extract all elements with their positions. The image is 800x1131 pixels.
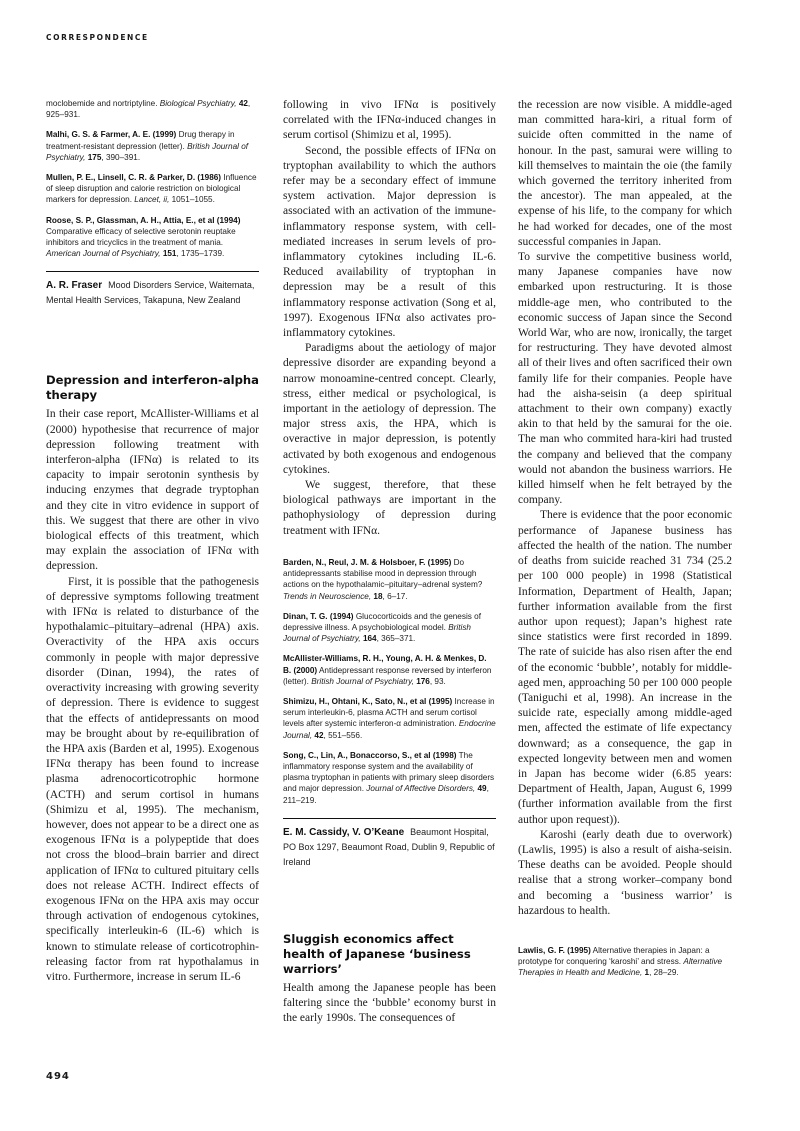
page-number: 494 — [46, 1071, 70, 1082]
body-paragraph: In their case report, McAllister-William… — [46, 407, 259, 574]
author-name: E. M. Cassidy, V. O’Keane — [283, 827, 404, 838]
reference-item: Dinan, T. G. (1994) Glucocorticoids and … — [283, 611, 496, 645]
reference-item: Mullen, P. E., Linsell, C. R. & Parker, … — [46, 172, 259, 206]
article-heading: Depression and interferon-alpha therapy — [46, 373, 259, 403]
article-heading: Sluggish economics affect health of Japa… — [283, 932, 496, 977]
body-paragraph: We suggest, therefore, that these biolog… — [283, 478, 496, 539]
body-paragraph: following in vivo IFNα is positively cor… — [283, 98, 496, 144]
body-paragraph: First, it is possible that the pathogene… — [46, 575, 259, 985]
author-signature: E. M. Cassidy, V. O’KeaneBeaumont Hospit… — [283, 818, 496, 870]
column-1: moclobemide and nortriptyline. Biologica… — [46, 98, 259, 985]
body-paragraph: Second, the possible effects of IFNα on … — [283, 144, 496, 342]
reference-item: Lawlis, G. F. (1995) Alternative therapi… — [518, 945, 732, 979]
reference-item: Shimizu, H., Ohtani, K., Sato, N., et al… — [283, 696, 496, 741]
body-paragraph: There is evidence that the poor economic… — [518, 508, 732, 827]
reference-item: Song, C., Lin, A., Bonaccorso, S., et al… — [283, 750, 496, 806]
author-name: A. R. Fraser — [46, 280, 102, 291]
body-paragraph: the recession are now visible. A middle-… — [518, 98, 732, 250]
reference-item: Malhi, G. S. & Farmer, A. E. (1999) Drug… — [46, 129, 259, 163]
column-3: the recession are now visible. A middle-… — [518, 98, 732, 988]
reference-item: Barden, N., Reul, J. M. & Holsboer, F. (… — [283, 557, 496, 602]
body-paragraph: To survive the competitive business worl… — [518, 250, 732, 508]
column-2: following in vivo IFNα is positively cor… — [283, 98, 496, 1026]
running-head: CORRESPONDENCE — [46, 33, 149, 42]
reference-item: McAllister-Williams, R. H., Young, A. H.… — [283, 653, 496, 687]
body-paragraph: Karoshi (early death due to overwork) (L… — [518, 828, 732, 919]
body-paragraph: Paradigms about the aetiology of major d… — [283, 341, 496, 478]
author-signature: A. R. FraserMood Disorders Service, Wait… — [46, 271, 259, 308]
reference-item: moclobemide and nortriptyline. Biologica… — [46, 98, 259, 120]
reference-item: Roose, S. P., Glassman, A. H., Attia, E.… — [46, 215, 259, 260]
body-paragraph: Health among the Japanese people has bee… — [283, 981, 496, 1027]
